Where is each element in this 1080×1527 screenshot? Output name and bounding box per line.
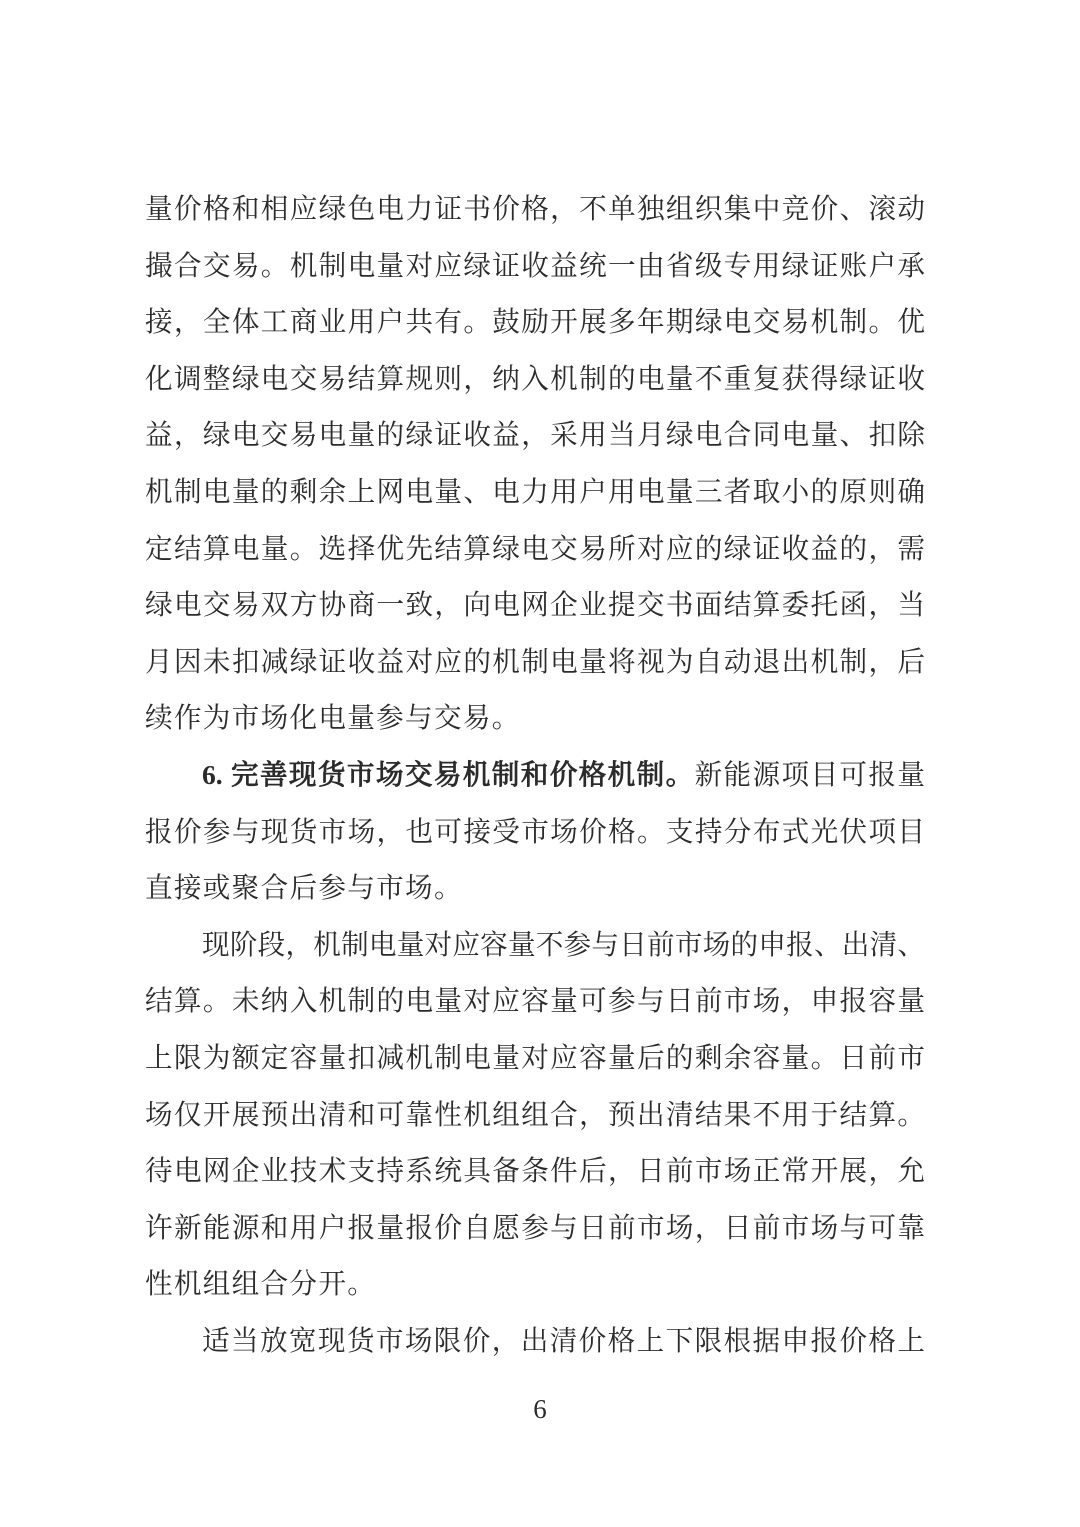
text-line: 适当放宽现货市场限价，出清价格上下限根据申报价格上 [145,1313,925,1370]
heading-line: 6. 完善现货市场交易机制和价格机制。新能源项目可报量 [145,747,925,804]
page-number: 6 [0,1381,1080,1437]
text-line: 量价格和相应绿色电力证书价格，不单独组织集中竞价、滚动 [145,181,925,238]
text-line: 撮合交易。机制电量对应绿证收益统一由省级专用绿证账户承 [145,238,925,295]
text-line: 续作为市场化电量参与交易。 [145,690,925,747]
text-line: 许新能源和用户报量报价自愿参与日前市场，日前市场与可靠 [145,1200,925,1257]
text-line: 接，全体工商业用户共有。鼓励开展多年期绿电交易机制。优 [145,294,925,351]
section-heading: 6. 完善现货市场交易机制和价格机制。 [202,759,695,790]
text-line: 化调整绿电交易结算规则，纳入机制的电量不重复获得绿证收 [145,351,925,408]
text-line: 现阶段，机制电量对应容量不参与日前市场的申报、出清、 [145,917,925,974]
text-line: 绿电交易双方协商一致，向电网企业提交书面结算委托函，当 [145,577,925,634]
text-line: 机制电量的剩余上网电量、电力用户用电量三者取小的原则确 [145,464,925,521]
text-line: 结算。未纳入机制的电量对应容量可参与日前市场，申报容量 [145,973,925,1030]
text-line: 性机组组合分开。 [145,1256,925,1313]
text-line: 益，绿电交易电量的绿证收益，采用当月绿电合同电量、扣除 [145,407,925,464]
text-line: 待电网企业技术支持系统具备条件后，日前市场正常开展，允 [145,1143,925,1200]
heading-tail-text: 新能源项目可报量 [695,759,925,790]
text-line: 直接或聚合后参与市场。 [145,860,925,917]
body-text: 量价格和相应绿色电力证书价格，不单独组织集中竞价、滚动 撮合交易。机制电量对应绿… [145,181,925,1369]
text-line: 月因未扣减绿证收益对应的机制电量将视为自动退出机制，后 [145,634,925,691]
text-line: 报价参与现货市场，也可接受市场价格。支持分布式光伏项目 [145,804,925,861]
document-page: 量价格和相应绿色电力证书价格，不单独组织集中竞价、滚动 撮合交易。机制电量对应绿… [0,0,1080,1527]
text-line: 场仅开展预出清和可靠性机组组合，预出清结果不用于结算。 [145,1087,925,1144]
text-line: 上限为额定容量扣减机制电量对应容量后的剩余容量。日前市 [145,1030,925,1087]
text-line: 定结算电量。选择优先结算绿电交易所对应的绿证收益的，需 [145,521,925,578]
